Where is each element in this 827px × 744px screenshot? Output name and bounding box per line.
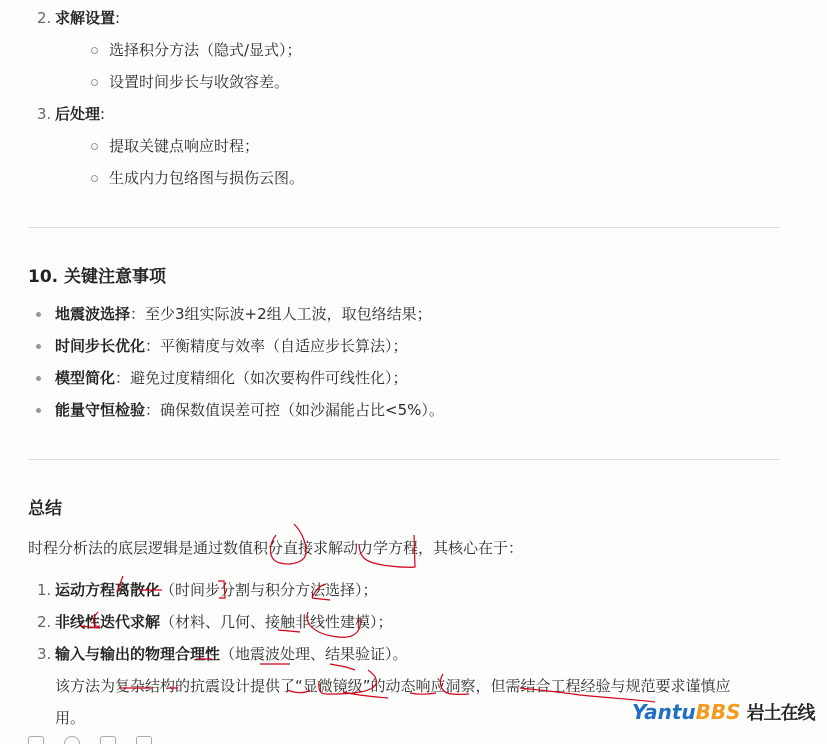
thumbs-up-icon[interactable] bbox=[100, 736, 116, 744]
circle-bullet-icon bbox=[91, 175, 98, 182]
sub-item: 提取关键点响应时程； bbox=[55, 130, 780, 162]
yantubbs-watermark: YantuBBS岩土在线 bbox=[632, 699, 815, 725]
refresh-icon[interactable] bbox=[64, 736, 80, 744]
sub-item: 生成内力包络图与损伤云图。 bbox=[55, 162, 780, 194]
summary-item: 3.输入与输出的物理合理性（地震波处理、结果验证）。 bbox=[28, 638, 780, 670]
list-item: 时间步长优化：平衡精度与效率（自适应步长算法）； bbox=[28, 330, 444, 362]
list-item: 能量守恒检验：确保数值误差可控（如沙漏能占比<5%）。 bbox=[28, 394, 444, 426]
conclusion-line-1: 该方法为复杂结构的抗震设计提供了“显微镜级”的动态响应洞察，但需结合工程经验与规… bbox=[28, 670, 780, 702]
step-item: 3.后处理: 提取关键点响应时程； 生成内力包络图与损伤云图。 bbox=[28, 98, 780, 194]
bullet-icon bbox=[36, 312, 41, 317]
notes-list: 地震波选择：至少3组实际波+2组人工波，取包络结果； 时间步长优化：平衡精度与效… bbox=[28, 298, 444, 426]
list-item: 模型简化：避免过度精细化（如次要构件可线性化）； bbox=[28, 362, 444, 394]
list-item: 地震波选择：至少3组实际波+2组人工波，取包络结果； bbox=[28, 298, 444, 330]
bullet-icon bbox=[36, 376, 41, 381]
sub-item: 设置时间步长与收敛容差。 bbox=[55, 66, 780, 98]
divider bbox=[28, 227, 780, 228]
steps-continued: 2.求解设置: 选择积分方法（隐式/显式）； 设置时间步长与收敛容差。 3.后处… bbox=[28, 2, 780, 194]
circle-bullet-icon bbox=[91, 143, 98, 150]
divider bbox=[28, 459, 780, 460]
summary-heading: 总结 bbox=[28, 494, 62, 519]
summary-intro: 时程分析法的底层逻辑是通过数值积分直接求解动力学方程，其核心在于： bbox=[28, 532, 523, 564]
step-title: 后处理 bbox=[55, 105, 100, 123]
message-toolbar bbox=[28, 736, 152, 744]
section-heading: 10. 关键注意事项 bbox=[28, 262, 166, 287]
summary-item: 1.运动方程离散化（时间步分割与积分方法选择）； bbox=[28, 574, 780, 606]
circle-bullet-icon bbox=[91, 47, 98, 54]
summary-item: 2.非线性迭代求解（材料、几何、接触非线性建模）； bbox=[28, 606, 780, 638]
thumbs-down-icon[interactable] bbox=[136, 736, 152, 744]
step-title: 求解设置 bbox=[55, 9, 115, 27]
bullet-icon bbox=[36, 344, 41, 349]
step-item: 2.求解设置: 选择积分方法（隐式/显式）； 设置时间步长与收敛容差。 bbox=[28, 2, 780, 98]
bullet-icon bbox=[36, 408, 41, 413]
circle-bullet-icon bbox=[91, 79, 98, 86]
copy-icon[interactable] bbox=[28, 736, 44, 744]
sub-item: 选择积分方法（隐式/显式）； bbox=[55, 34, 780, 66]
